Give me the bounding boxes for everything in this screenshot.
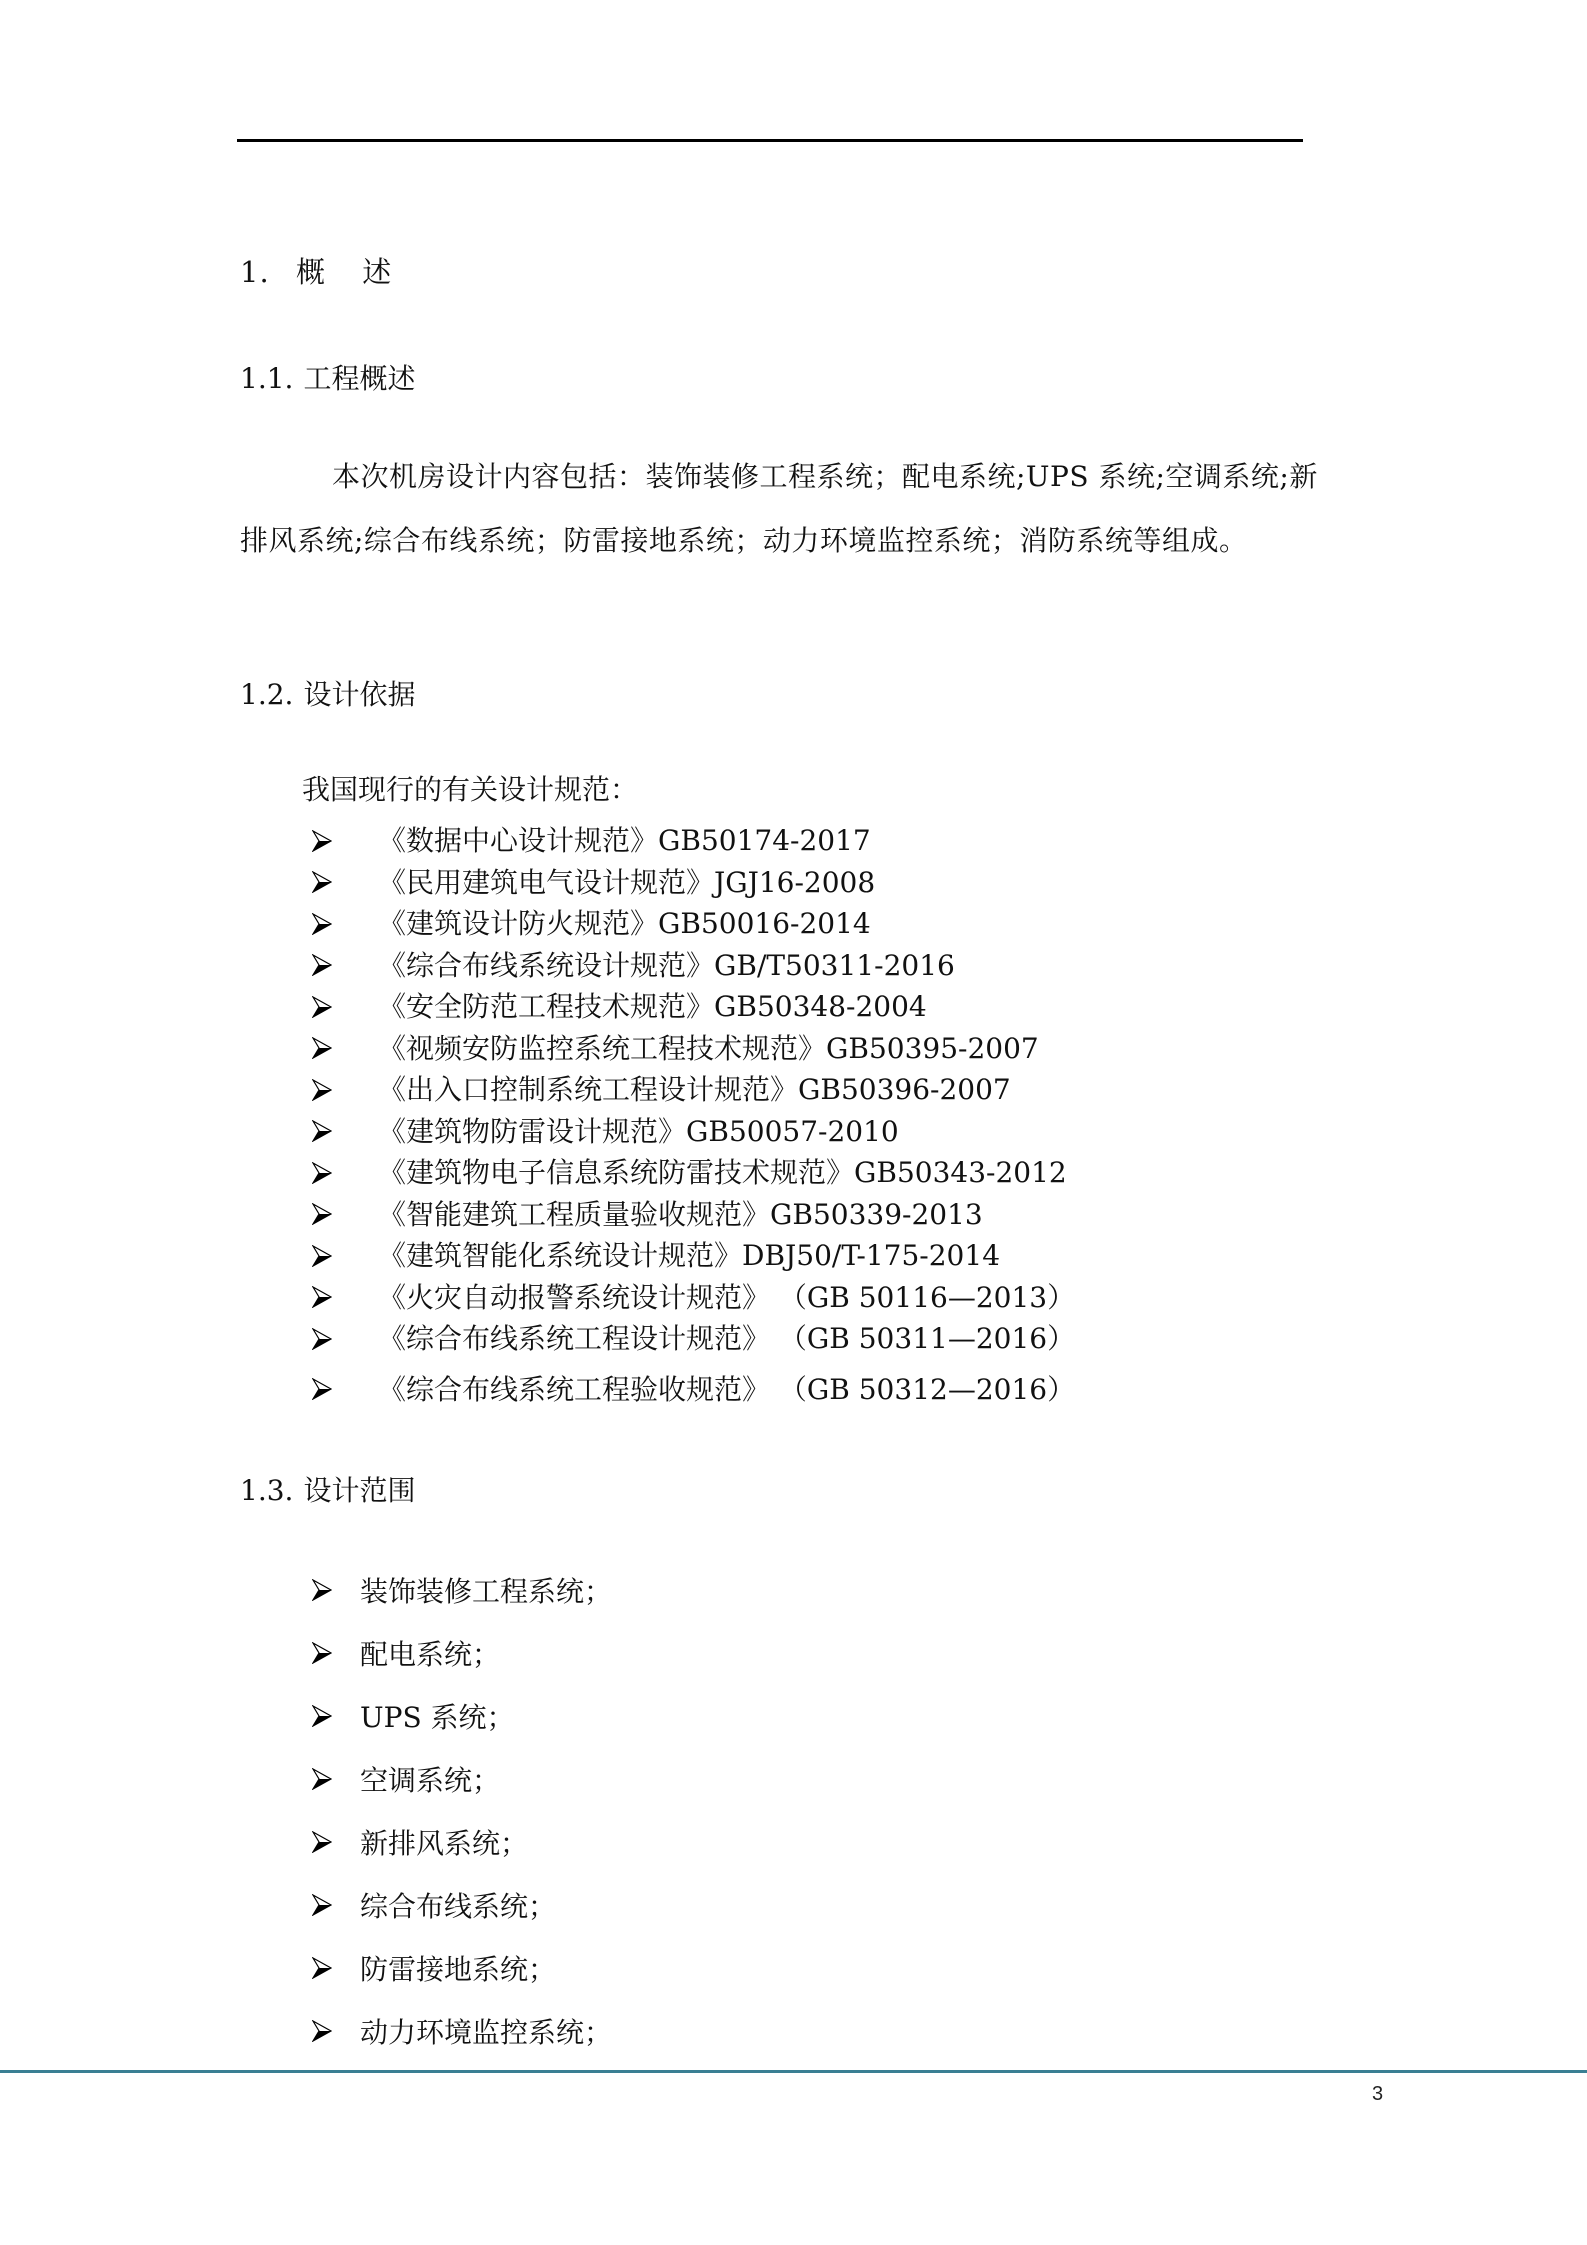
list-item: 空调系统； [312,1747,612,1810]
list-item: 防雷接地系统； [312,1936,612,1999]
list-item: 《视频安防监控系统工程技术规范》GB50395-2007 [312,1028,1075,1070]
project-overview-paragraph: 本次机房设计内容包括：装饰装修工程系统；配电系统;UPS 系统;空调系统;新排风… [240,445,1340,573]
arrow-bullet-icon [312,1328,332,1350]
list-item: 新排风系统； [312,1810,612,1873]
list-item: 《建筑设计防火规范》GB50016-2014 [312,903,1075,945]
design-scope-list: 装饰装修工程系统； 配电系统； UPS 系统； 空调系统； 新排风系统； 综合布… [312,1558,612,2062]
section-title: 设计范围 [303,1474,415,1507]
list-item: 《安全防范工程技术规范》GB50348-2004 [312,986,1075,1028]
section-number: 1.3. [240,1474,293,1507]
section-number: 1.2. [240,678,293,711]
list-item: 装饰装修工程系统； [312,1558,612,1621]
section-1-3-heading: 1.3.设计范围 [240,1469,415,1509]
arrow-bullet-icon [312,1079,332,1101]
arrow-bullet-icon [312,1642,332,1664]
section-title: 工程概述 [303,362,415,395]
arrow-bullet-icon [312,1768,332,1790]
list-item: 《智能建筑工程质量验收规范》GB50339-2013 [312,1194,1075,1236]
arrow-bullet-icon [312,1579,332,1601]
list-item: 综合布线系统； [312,1873,612,1936]
list-item: 《建筑智能化系统设计规范》DBJ50/T-175-2014 [312,1235,1075,1277]
footer-rule [0,2070,1587,2073]
section-1-1-heading: 1.1.工程概述 [240,357,415,397]
section-1-heading: 1.概 述 [240,250,405,291]
list-item: 《出入口控制系统工程设计规范》GB50396-2007 [312,1069,1075,1111]
section-number: 1.1. [240,362,293,395]
standards-intro: 我国现行的有关设计规范： [302,768,638,808]
list-item: 《民用建筑电气设计规范》JGJ16-2008 [312,862,1075,904]
arrow-bullet-icon [312,1245,332,1267]
arrow-bullet-icon [312,1957,332,1979]
arrow-bullet-icon [312,871,332,893]
arrow-bullet-icon [312,1203,332,1225]
standards-list: 《数据中心设计规范》GB50174-2017 《民用建筑电气设计规范》JGJ16… [312,820,1075,1410]
list-item: 《建筑物防雷设计规范》GB50057-2010 [312,1111,1075,1153]
list-item: 《综合布线系统设计规范》GB/T50311-2016 [312,945,1075,987]
arrow-bullet-icon [312,1831,332,1853]
list-item: 《综合布线系统工程设计规范》 （GB 50311—2016） [312,1318,1075,1360]
section-title: 设计依据 [303,678,415,711]
list-item: 《数据中心设计规范》GB50174-2017 [312,820,1075,862]
arrow-bullet-icon [312,830,332,852]
section-number: 1. [240,255,296,289]
arrow-bullet-icon [312,996,332,1018]
arrow-bullet-icon [312,1037,332,1059]
header-rule [237,139,1303,142]
list-item: 《建筑物电子信息系统防雷技术规范》GB50343-2012 [312,1152,1075,1194]
arrow-bullet-icon [312,1162,332,1184]
list-item: UPS 系统； [312,1684,612,1747]
section-1-2-heading: 1.2.设计依据 [240,673,415,713]
arrow-bullet-icon [312,1894,332,1916]
arrow-bullet-icon [312,1705,332,1727]
arrow-bullet-icon [312,1120,332,1142]
list-item: 动力环境监控系统； [312,1999,612,2062]
arrow-bullet-icon [312,1286,332,1308]
list-item: 《综合布线系统工程验收规范》 （GB 50312—2016） [312,1369,1075,1411]
arrow-bullet-icon [312,954,332,976]
arrow-bullet-icon [312,2020,332,2042]
list-item: 《火灾自动报警系统设计规范》 （GB 50116—2013） [312,1277,1075,1319]
page-number: 3 [1372,2083,1383,2106]
section-title: 概 述 [296,255,405,289]
arrow-bullet-icon [312,1378,332,1400]
arrow-bullet-icon [312,913,332,935]
list-item: 配电系统； [312,1621,612,1684]
